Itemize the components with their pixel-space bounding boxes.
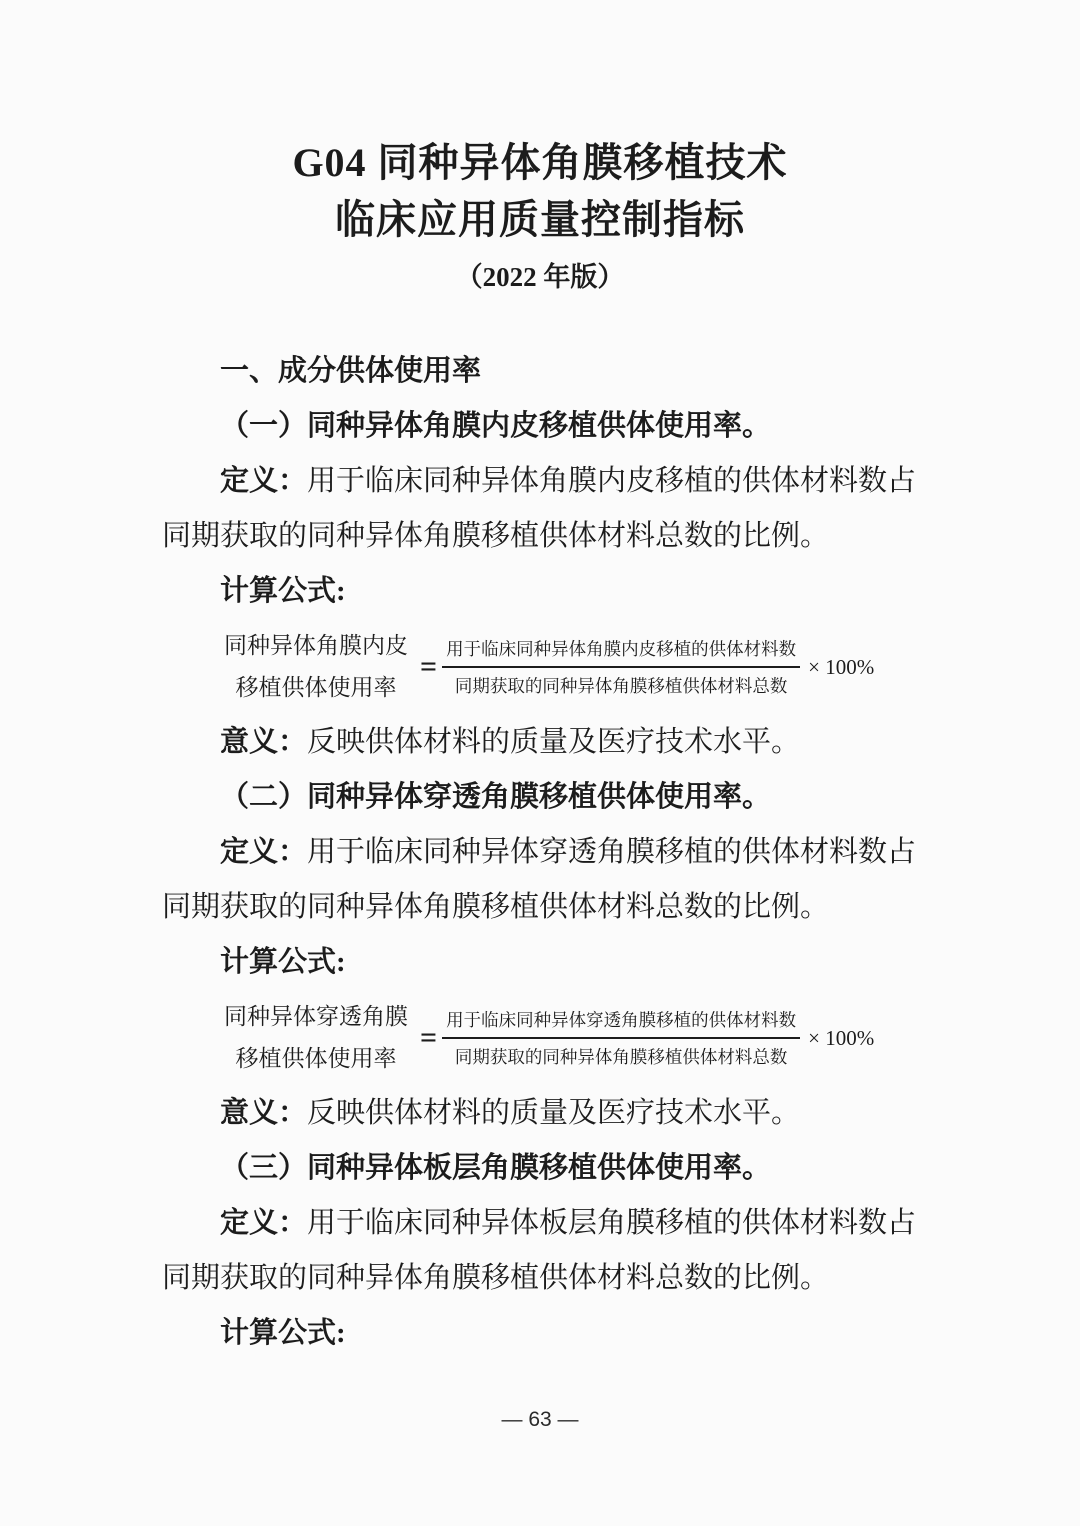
definition-line-2: 同期获取的同种异体角膜移植供体材料总数的比例。: [162, 509, 918, 564]
multiplier: × 100%: [808, 1026, 874, 1051]
formula-lhs: 同种异体穿透角膜 移植供体使用率: [224, 996, 408, 1080]
definition-label: 定义：: [220, 1207, 307, 1239]
indicator-heading: （三）同种异体板层角膜移植供体使用率。: [162, 1141, 918, 1196]
formula-block: 同种异体角膜内皮 移植供体使用率 = 用于临床同种异体角膜内皮移植的供体材料数 …: [224, 619, 918, 715]
significance-label: 意义：: [220, 1097, 307, 1129]
formula-lhs-line2: 移植供体使用率: [224, 667, 408, 709]
indicator-section-1: （一）同种异体角膜内皮移植供体使用率。 定义：用于临床同种异体角膜内皮移植的供体…: [162, 399, 918, 770]
definition-text: 用于临床同种异体角膜内皮移植的供体材料数占: [307, 465, 916, 497]
formula-lhs: 同种异体角膜内皮 移植供体使用率: [224, 625, 408, 709]
formula-label: 计算公式:: [162, 935, 918, 990]
formula-block: 同种异体穿透角膜 移植供体使用率 = 用于临床同种异体穿透角膜移植的供体材料数 …: [224, 990, 918, 1086]
fraction-numerator: 用于临床同种异体穿透角膜移植的供体材料数: [442, 1007, 800, 1039]
definition-text: 用于临床同种异体板层角膜移植的供体材料数占: [307, 1207, 916, 1239]
document-title-line2: 临床应用质量控制指标: [162, 191, 918, 248]
fraction-numerator: 用于临床同种异体角膜内皮移植的供体材料数: [442, 636, 800, 668]
definition-line-1: 定义：用于临床同种异体角膜内皮移植的供体材料数占: [162, 454, 918, 509]
fraction-denominator: 同期获取的同种异体角膜移植供体材料总数: [442, 668, 800, 698]
formula-lhs-line2: 移植供体使用率: [224, 1038, 408, 1080]
equals-sign: =: [420, 1021, 437, 1055]
equals-sign: =: [420, 650, 437, 684]
significance-label: 意义：: [220, 726, 307, 758]
fraction: 用于临床同种异体角膜内皮移植的供体材料数 同期获取的同种异体角膜移植供体材料总数: [442, 636, 800, 698]
formula-label: 计算公式:: [162, 564, 918, 619]
definition-line-2: 同期获取的同种异体角膜移植供体材料总数的比例。: [162, 880, 918, 935]
definition-label: 定义：: [220, 836, 307, 868]
edition-label: （2022 年版）: [162, 254, 918, 300]
section-heading: 一、成分供体使用率: [162, 344, 918, 399]
fraction-denominator: 同期获取的同种异体角膜移植供体材料总数: [442, 1039, 800, 1069]
formula-lhs-line1: 同种异体穿透角膜: [224, 996, 408, 1038]
multiplier: × 100%: [808, 655, 874, 680]
document-title-line1: G04 同种异体角膜移植技术: [162, 134, 918, 191]
indicator-heading: （一）同种异体角膜内皮移植供体使用率。: [162, 399, 918, 454]
definition-line-1: 定义：用于临床同种异体板层角膜移植的供体材料数占: [162, 1196, 918, 1251]
indicator-section-3: （三）同种异体板层角膜移植供体使用率。 定义：用于临床同种异体板层角膜移植的供体…: [162, 1141, 918, 1361]
page-number: — 63 —: [0, 1408, 1080, 1432]
significance-text: 反映供体材料的质量及医疗技术水平。: [307, 726, 800, 758]
significance-text: 反映供体材料的质量及医疗技术水平。: [307, 1097, 800, 1129]
significance-line: 意义：反映供体材料的质量及医疗技术水平。: [162, 1086, 918, 1141]
formula-lhs-line1: 同种异体角膜内皮: [224, 625, 408, 667]
fraction: 用于临床同种异体穿透角膜移植的供体材料数 同期获取的同种异体角膜移植供体材料总数: [442, 1007, 800, 1069]
definition-label: 定义：: [220, 465, 307, 497]
definition-text: 用于临床同种异体穿透角膜移植的供体材料数占: [307, 836, 916, 868]
definition-line-1: 定义：用于临床同种异体穿透角膜移植的供体材料数占: [162, 825, 918, 880]
indicator-heading: （二）同种异体穿透角膜移植供体使用率。: [162, 770, 918, 825]
definition-line-2: 同期获取的同种异体角膜移植供体材料总数的比例。: [162, 1251, 918, 1306]
document-page: G04 同种异体角膜移植技术 临床应用质量控制指标 （2022 年版） 一、成分…: [0, 0, 1080, 1526]
formula-label: 计算公式:: [162, 1306, 918, 1361]
significance-line: 意义：反映供体材料的质量及医疗技术水平。: [162, 715, 918, 770]
indicator-section-2: （二）同种异体穿透角膜移植供体使用率。 定义：用于临床同种异体穿透角膜移植的供体…: [162, 770, 918, 1141]
